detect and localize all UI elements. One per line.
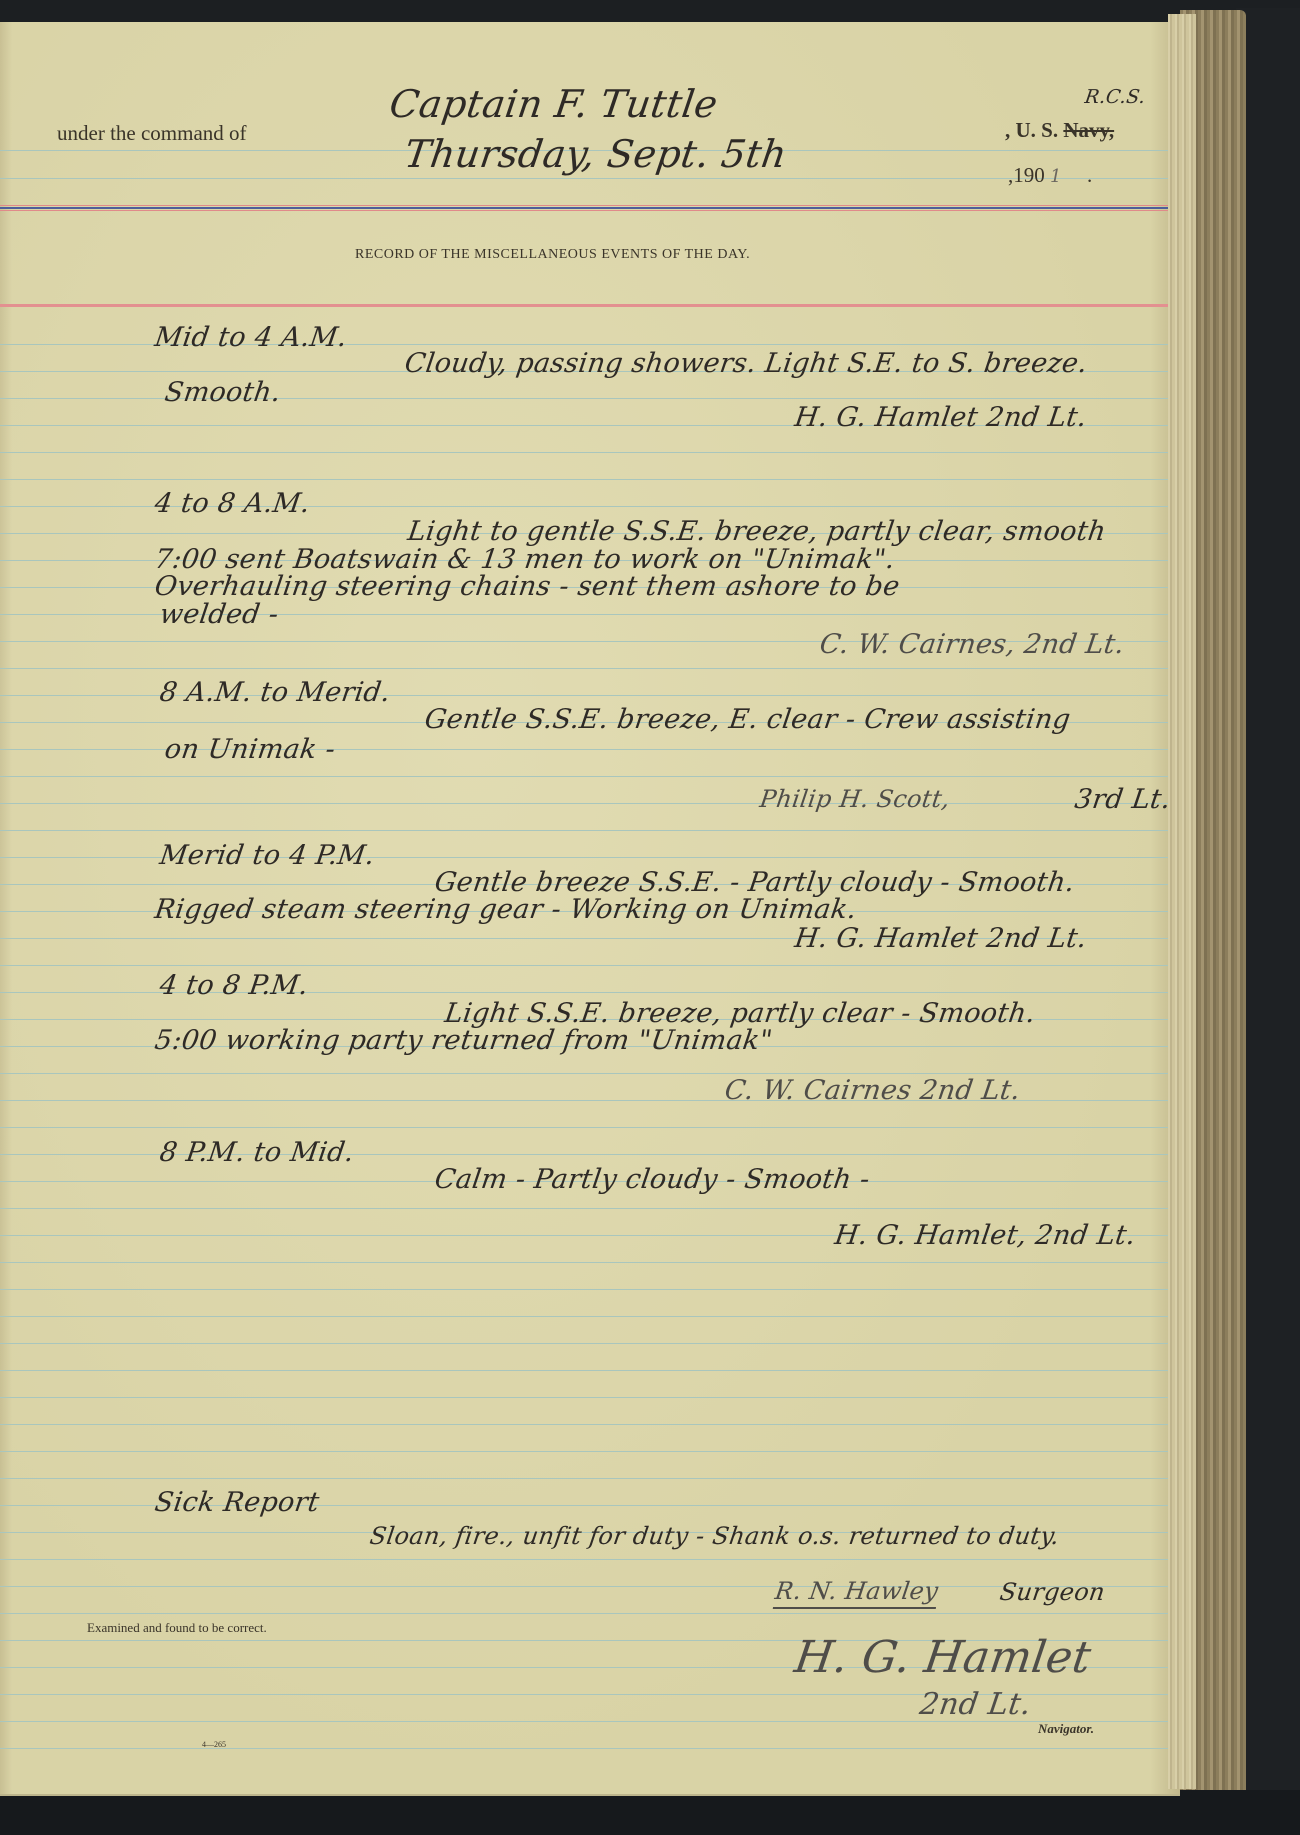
service-handwritten: R.C.S.: [1083, 86, 1147, 108]
day-date: Thursday, Sept. 5th: [402, 132, 790, 176]
service-struck-navy: Navy,: [1063, 118, 1114, 142]
year-prefix: ,190: [1008, 163, 1045, 187]
entry-line: Gentle S.S.E. breeze, E. clear - Crew as…: [423, 704, 1073, 735]
officer-rank: 3rd Lt.: [1073, 784, 1173, 815]
entry-line: Smooth.: [163, 377, 283, 408]
navigator-label: Navigator.: [1038, 1721, 1094, 1737]
watch-label-4-8am: 4 to 8 A.M.: [153, 488, 312, 519]
officer-signature: C. W. Cairnes, 2nd Lt.: [818, 629, 1126, 660]
watch-label-merid-4pm: Merid to 4 P.M.: [158, 840, 377, 871]
background-backdrop-bottom: [0, 1790, 1300, 1835]
surgeon-signature: R. N. Hawley: [773, 1577, 940, 1609]
watch-label-4-8pm: 4 to 8 P.M.: [158, 970, 310, 1001]
officer-signature: H. G. Hamlet 2nd Lt.: [793, 402, 1089, 433]
commander-name: Captain F. Tuttle: [387, 82, 721, 126]
entry-line: Calm - Partly cloudy - Smooth -: [433, 1164, 872, 1195]
service-prefix: , U. S.: [1005, 118, 1058, 142]
entry-line: 5:00 working party returned from "Unimak…: [153, 1025, 775, 1056]
officer-signature: Philip H. Scott,: [758, 785, 952, 813]
entry-line: Light to gentle S.S.E. breeze, partly cl…: [406, 516, 1108, 547]
page-edges: [1168, 14, 1196, 1789]
officer-signature: H. G. Hamlet, 2nd Lt.: [833, 1220, 1138, 1251]
year-label: ,190 1 .: [1008, 163, 1092, 188]
header-guide-line: [0, 178, 1170, 179]
section-red-rule: [0, 304, 1182, 307]
navigator-rank: 2nd Lt.: [918, 1687, 1034, 1722]
service-label: , U. S. Navy,: [1005, 118, 1114, 143]
entry-line: on Unimak -: [163, 734, 337, 765]
sick-report-text: Sloan, fire., unfit for duty - Shank o.s…: [368, 1522, 1061, 1550]
logbook-page: under the command of Captain F. Tuttle T…: [0, 22, 1180, 1794]
year-handwritten: 1: [1050, 166, 1062, 187]
watch-label-8am-merid: 8 A.M. to Merid.: [158, 677, 393, 708]
form-number: 4—265: [202, 1740, 226, 1749]
command-label: under the command of: [57, 121, 247, 146]
navigator-signature: H. G. Hamlet: [791, 1632, 1094, 1683]
officer-signature: C. W. Cairnes 2nd Lt.: [723, 1075, 1023, 1106]
section-title: RECORD OF THE MISCELLANEOUS EVENTS OF TH…: [355, 247, 750, 263]
watch-label-mid-4am: Mid to 4 A.M.: [153, 322, 349, 353]
entry-line: welded -: [158, 599, 281, 630]
watch-label-8pm-mid: 8 P.M. to Mid.: [158, 1137, 356, 1168]
entry-line: Rigged steam steering gear - Working on …: [153, 894, 859, 925]
officer-signature: H. G. Hamlet 2nd Lt.: [793, 923, 1089, 954]
sick-report-label: Sick Report: [153, 1487, 321, 1518]
year-suffix: .: [1087, 163, 1092, 187]
header-double-rule: [0, 205, 1182, 211]
entry-line: Overhauling steering chains - sent them …: [153, 571, 902, 602]
entry-line: Cloudy, passing showers. Light S.E. to S…: [403, 348, 1090, 379]
surgeon-title: Surgeon: [998, 1578, 1107, 1606]
examined-label: Examined and found to be correct.: [87, 1620, 267, 1636]
